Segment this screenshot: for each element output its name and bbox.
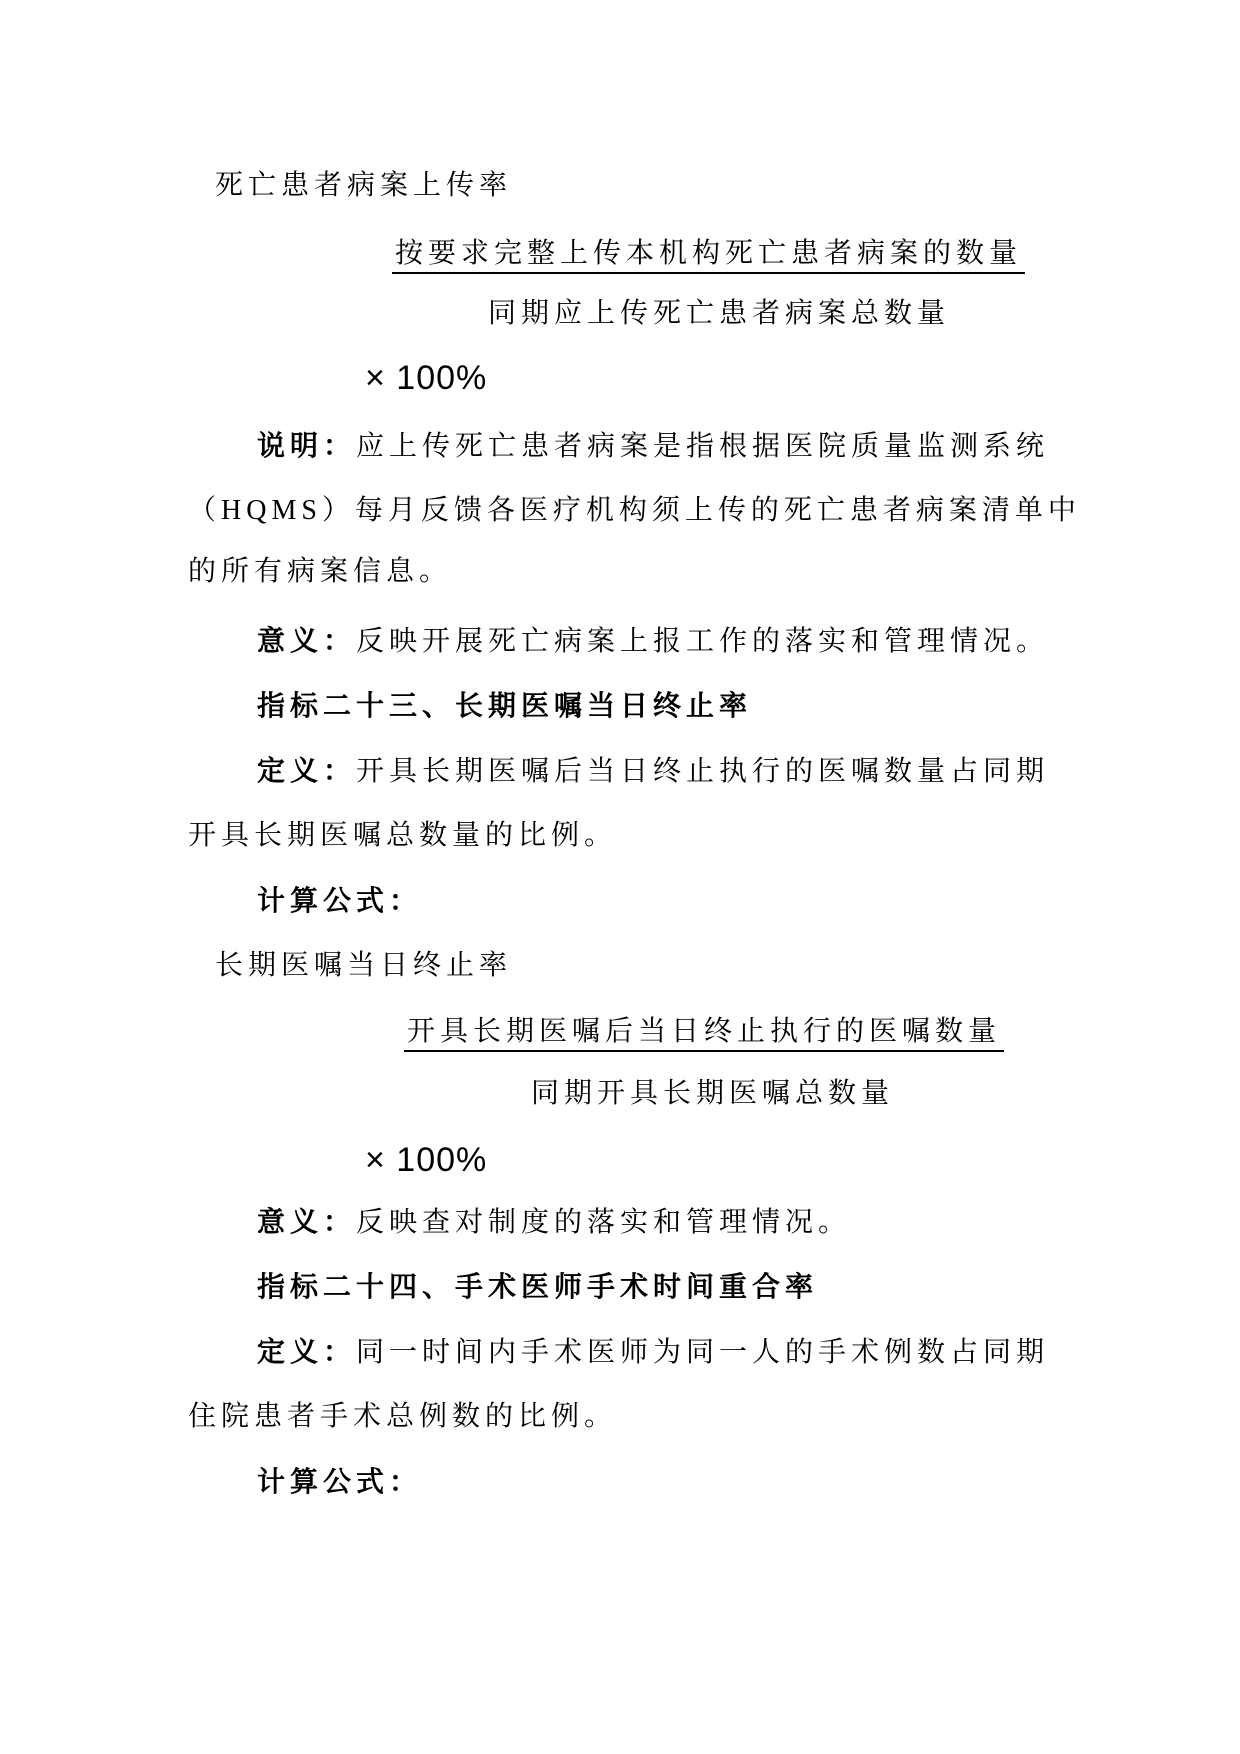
yiyi2-text: 反映查对制度的落实和管理情况。 <box>356 1207 851 1238</box>
formula2-name: 长期医嘱当日终止率 <box>215 946 512 986</box>
indicator23-dingyi-text-line1: 开具长期医嘱后当日终止执行的医嘱数量占同期 <box>356 756 1049 787</box>
yiyi1-label: 意义： <box>257 625 356 656</box>
indicator24-heading: 指标二十四、手术医师手术时间重合率 <box>257 1267 818 1307</box>
indicator24-dingyi-text-line1: 同一时间内手术医师为同一人的手术例数占同期 <box>356 1337 1049 1368</box>
indicator23-dingyi-line2: 开具长期医嘱总数量的比例。 <box>188 816 617 856</box>
yiyi1-paragraph-line: 意义：反映开展死亡病案上报工作的落实和管理情况。 <box>257 621 1049 662</box>
formula2-denominator: 同期开具长期医嘱总数量 <box>531 1074 894 1114</box>
indicator24-dingyi-line1: 定义：同一时间内手术医师为同一人的手术例数占同期 <box>257 1332 1049 1373</box>
formula1-multiplier: × 100% <box>365 358 487 398</box>
formula1-numerator-line: 按要求完整上传本机构死亡患者病案的数量 <box>392 234 1025 274</box>
indicator24-formula-label: 计算公式： <box>257 1462 422 1502</box>
shuoming-label: 说明： <box>257 430 356 461</box>
formula2-numerator-line: 开具长期医嘱后当日终止执行的医嘱数量 <box>404 1012 1004 1052</box>
formula2-numerator: 开具长期医嘱后当日终止执行的医嘱数量 <box>404 1016 1004 1052</box>
yiyi1-text: 反映开展死亡病案上报工作的落实和管理情况。 <box>356 626 1049 657</box>
shuoming-paragraph-line1: 说明：应上传死亡患者病案是指根据医院质量监测系统 <box>257 426 1049 467</box>
indicator24-dingyi-line2: 住院患者手术总例数的比例。 <box>188 1397 617 1437</box>
yiyi2-paragraph-line: 意义：反映查对制度的落实和管理情况。 <box>257 1202 851 1243</box>
shuoming-paragraph-line3: 的所有病案信息。 <box>188 552 452 592</box>
formula1-denominator: 同期应上传死亡患者病案总数量 <box>488 294 950 334</box>
yiyi2-label: 意义： <box>257 1206 356 1237</box>
indicator23-formula-label: 计算公式： <box>257 881 422 921</box>
shuoming-text-line1: 应上传死亡患者病案是指根据医院质量监测系统 <box>356 431 1049 462</box>
indicator24-dingyi-label: 定义： <box>257 1336 356 1367</box>
indicator23-heading: 指标二十三、长期医嘱当日终止率 <box>257 686 752 726</box>
indicator23-dingyi-line1: 定义：开具长期医嘱后当日终止执行的医嘱数量占同期 <box>257 751 1049 792</box>
indicator23-dingyi-label: 定义： <box>257 755 356 786</box>
formula1-name: 死亡患者病案上传率 <box>215 166 512 206</box>
formula2-multiplier: × 100% <box>365 1140 487 1180</box>
formula1-numerator: 按要求完整上传本机构死亡患者病案的数量 <box>392 238 1025 274</box>
shuoming-paragraph-line2: （HQMS）每月反馈各医疗机构须上传的死亡患者病案清单中 <box>188 491 1081 531</box>
document-page: 死亡患者病案上传率 按要求完整上传本机构死亡患者病案的数量 同期应上传死亡患者病… <box>0 0 1240 1754</box>
